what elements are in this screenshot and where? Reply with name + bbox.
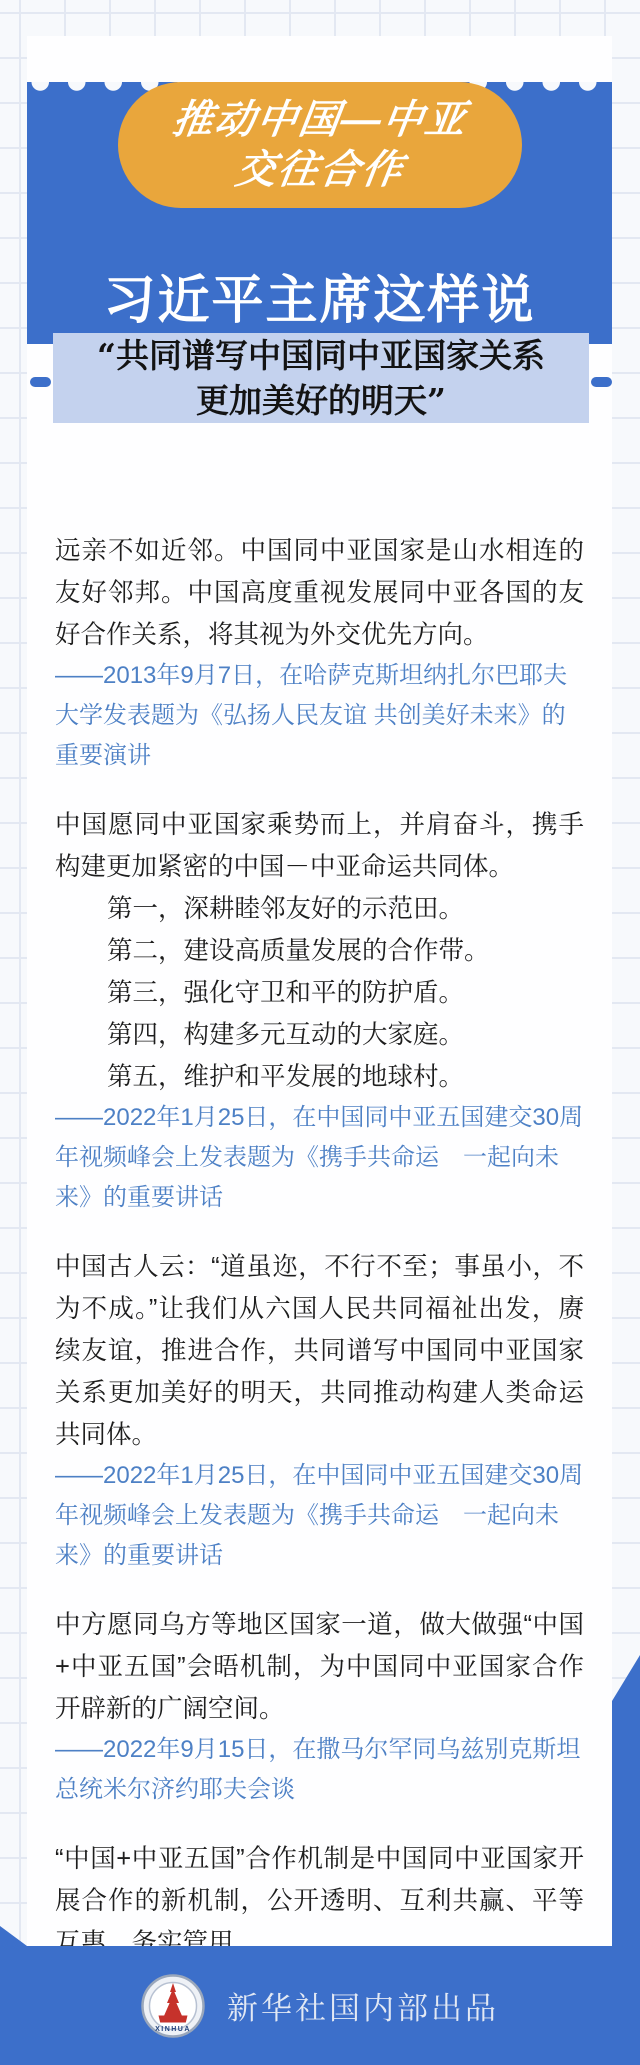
quote-line1: “共同谱写中国同中亚国家关系 [97,333,545,378]
paragraph: 中国古人云：“道虽迩，不行不至；事虽小，不为不成。”让我们从六国人民共同福祉出发… [55,1246,584,1456]
quote-dash-right [591,377,612,387]
quote-section-3: 中国古人云：“道虽迩，不行不至；事虽小，不为不成。”让我们从六国人民共同福祉出发… [55,1246,584,1576]
quote-line2: 更加美好的明天” [196,378,446,423]
paragraph: 中方愿同乌方等地区国家一道，做大做强“中国+中亚五国”会晤机制，为中国同中亚国家… [55,1604,584,1730]
quote-dash-left [30,377,51,387]
footer-publisher: 新华社国内部出品 [227,1983,499,2028]
page-title: 习近平主席这样说 [27,273,612,329]
paragraph: 远亲不如近邻。中国同中亚国家是山水相连的友好邻邦。中国高度重视发展同中亚各国的友… [55,530,584,656]
list-item: 第四，构建多元互动的大家庭。 [55,1014,584,1056]
footer: XINHUA 新华社国内部出品 [0,1946,640,2065]
quotes-content: 远亲不如近邻。中国同中亚国家是山水相连的友好邻邦。中国高度重视发展同中亚各国的友… [27,442,612,2044]
paragraph: 中国愿同中亚国家乘势而上，并肩奋斗，携手构建更加紧密的中国－中亚命运共同体。 [55,804,584,888]
quote-box: “共同谱写中国同中亚国家关系 更加美好的明天” [53,333,589,423]
poster-card: 推动中国—中亚 交往合作 习近平主席这样说 “共同谱写中国同中亚国家关系 更加美… [27,36,612,1946]
header-badge: 推动中国—中亚 交往合作 [118,82,522,208]
attribution: ——2022年1月25日，在中国同中亚五国建交30周年视频峰会上发表题为《携手共… [55,1098,584,1218]
footer-left-wedge [0,1926,27,1946]
badge-line1: 推动中国—中亚 [169,95,470,145]
list-item: 第一，深耕睦邻友好的示范田。 [55,888,584,930]
list-item: 第三，强化守卫和平的防护盾。 [55,972,584,1014]
quote-section-4: 中方愿同乌方等地区国家一道，做大做强“中国+中亚五国”会晤机制，为中国同中亚国家… [55,1604,584,1810]
xinhua-emblem-icon: XINHUA [141,1974,205,2038]
list-item: 第五，维护和平发展的地球村。 [55,1056,584,1098]
list-item: 第二，建设高质量发展的合作带。 [55,930,584,972]
badge-line2: 交往合作 [232,145,407,195]
poster-page: 推动中国—中亚 交往合作 习近平主席这样说 “共同谱写中国同中亚国家关系 更加美… [0,0,640,2065]
logo-ring-text: XINHUA [155,2026,191,2033]
quote-section-2: 中国愿同中亚国家乘势而上，并肩奋斗，携手构建更加紧密的中国－中亚命运共同体。 第… [55,804,584,1218]
attribution: ——2022年9月15日，在撒马尔罕同乌兹别克斯坦总统米尔济约耶夫会谈 [55,1730,584,1810]
attribution: ——2013年9月7日，在哈萨克斯坦纳扎尔巴耶夫大学发表题为《弘扬人民友谊 共创… [55,656,584,776]
attribution: ——2022年1月25日，在中国同中亚五国建交30周年视频峰会上发表题为《携手共… [55,1456,584,1576]
quote-section-1: 远亲不如近邻。中国同中亚国家是山水相连的友好邻邦。中国高度重视发展同中亚各国的友… [55,530,584,776]
header-banner: 推动中国—中亚 交往合作 习近平主席这样说 [27,82,612,344]
